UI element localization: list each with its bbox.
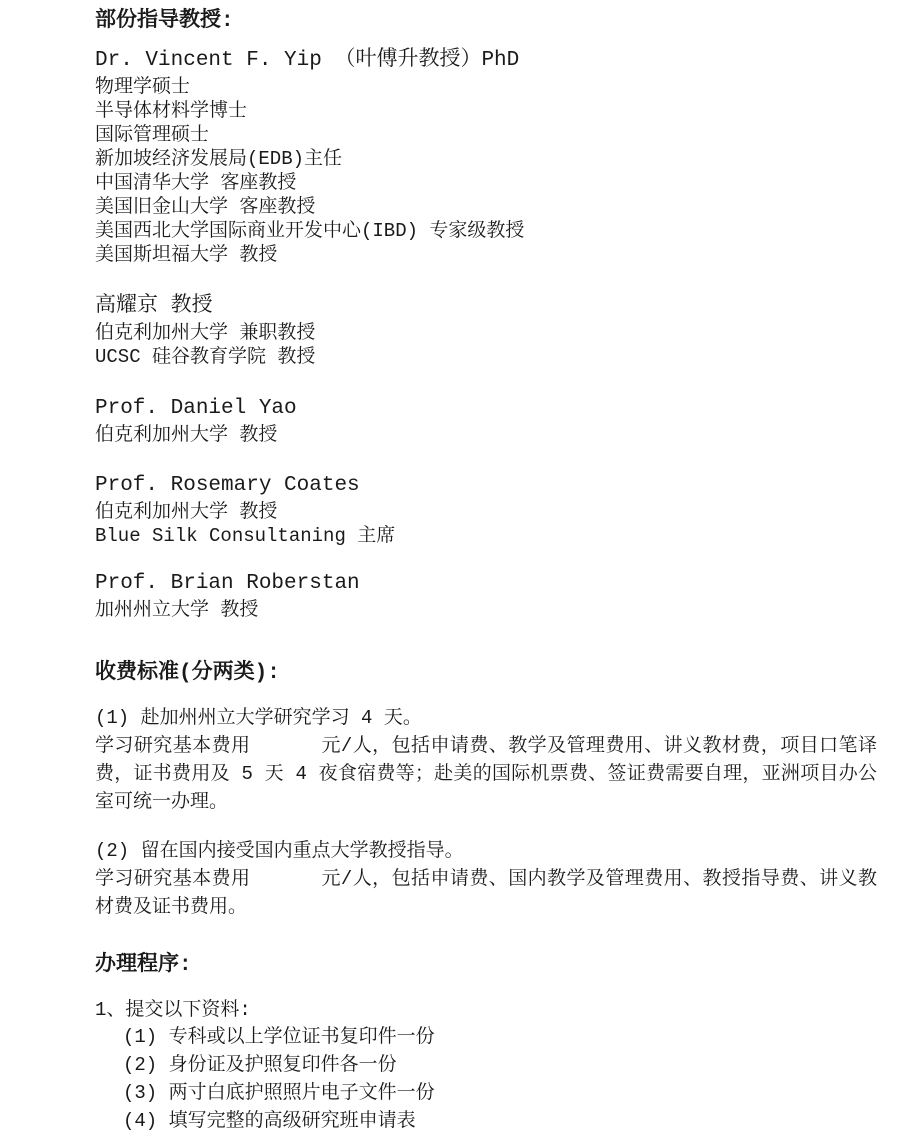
professor-credential: 国际管理硕士	[95, 123, 887, 147]
procedure-step: (3) 两寸白底护照照片电子文件一份	[95, 1079, 887, 1107]
professor-credential: 半导体材料学博士	[95, 99, 887, 123]
professor-name: 高耀京 教授	[95, 293, 887, 321]
professor-credential: UCSC 硅谷教育学院 教授	[95, 345, 887, 369]
procedure-intro: 1、提交以下资料:	[95, 997, 887, 1023]
fee-item-body: 学习研究基本费用 元/人，包括申请费、国内教学及管理费用、教授指导费、讲义教材费…	[95, 865, 877, 921]
professor-name: Prof. Rosemary Coates	[95, 472, 887, 500]
professor-credential: 美国斯坦福大学 教授	[95, 243, 887, 267]
fee-item: (2) 留在国内接受国内重点大学教授指导。 学习研究基本费用 元/人，包括申请费…	[95, 837, 887, 921]
fee-item: (1) 赴加州州立大学研究学习 4 天。 学习研究基本费用 元/人，包括申请费、…	[95, 704, 887, 816]
professor-block: Prof. Brian Roberstan 加州州立大学 教授	[95, 570, 887, 622]
professor-name: Prof. Brian Roberstan	[95, 570, 887, 598]
fee-item-title: (1) 赴加州州立大学研究学习 4 天。	[95, 704, 887, 732]
professor-credential: 伯克利加州大学 教授	[95, 423, 887, 447]
document-page: 部份指导教授: Dr. Vincent F. Yip （叶傅升教授）PhD 物理…	[0, 0, 909, 1130]
procedure-step: (1) 专科或以上学位证书复印件一份	[95, 1023, 887, 1051]
professor-credential: 物理学硕士	[95, 75, 887, 99]
professor-name: Prof. Daniel Yao	[95, 395, 887, 423]
professor-block: 高耀京 教授 伯克利加州大学 兼职教授 UCSC 硅谷教育学院 教授	[95, 293, 887, 369]
professor-credential: 中国清华大学 客座教授	[95, 171, 887, 195]
section-heading-advisors: 部份指导教授:	[95, 8, 887, 35]
procedure-step: (2) 身份证及护照复印件各一份	[95, 1051, 887, 1079]
professor-block: Dr. Vincent F. Yip （叶傅升教授）PhD 物理学硕士 半导体材…	[95, 47, 887, 267]
section-heading-fees: 收费标准(分两类):	[95, 660, 887, 687]
procedure-step: (4) 填写完整的高级研究班申请表	[95, 1107, 887, 1130]
professor-credential: 伯克利加州大学 兼职教授	[95, 321, 887, 345]
professor-block: Prof. Daniel Yao 伯克利加州大学 教授	[95, 395, 887, 447]
professor-credential: 加州州立大学 教授	[95, 598, 887, 622]
fee-item-body: 学习研究基本费用 元/人，包括申请费、教学及管理费用、讲义教材费，项目口笔译费，…	[95, 732, 877, 816]
section-heading-procedure: 办理程序:	[95, 952, 887, 979]
professor-name: Dr. Vincent F. Yip （叶傅升教授）PhD	[95, 47, 887, 75]
professor-credential: 新加坡经济发展局(EDB)主任	[95, 147, 887, 171]
professor-block: Prof. Rosemary Coates 伯克利加州大学 教授 Blue Si…	[95, 472, 887, 548]
procedure-steps: (1) 专科或以上学位证书复印件一份 (2) 身份证及护照复印件各一份 (3) …	[95, 1023, 887, 1130]
professor-credential: 伯克利加州大学 教授	[95, 500, 887, 524]
professor-credential: 美国旧金山大学 客座教授	[95, 195, 887, 219]
professor-credential: Blue Silk Consultaning 主席	[95, 524, 887, 548]
fee-item-title: (2) 留在国内接受国内重点大学教授指导。	[95, 837, 887, 865]
professor-credential: 美国西北大学国际商业开发中心(IBD) 专家级教授	[95, 219, 887, 243]
